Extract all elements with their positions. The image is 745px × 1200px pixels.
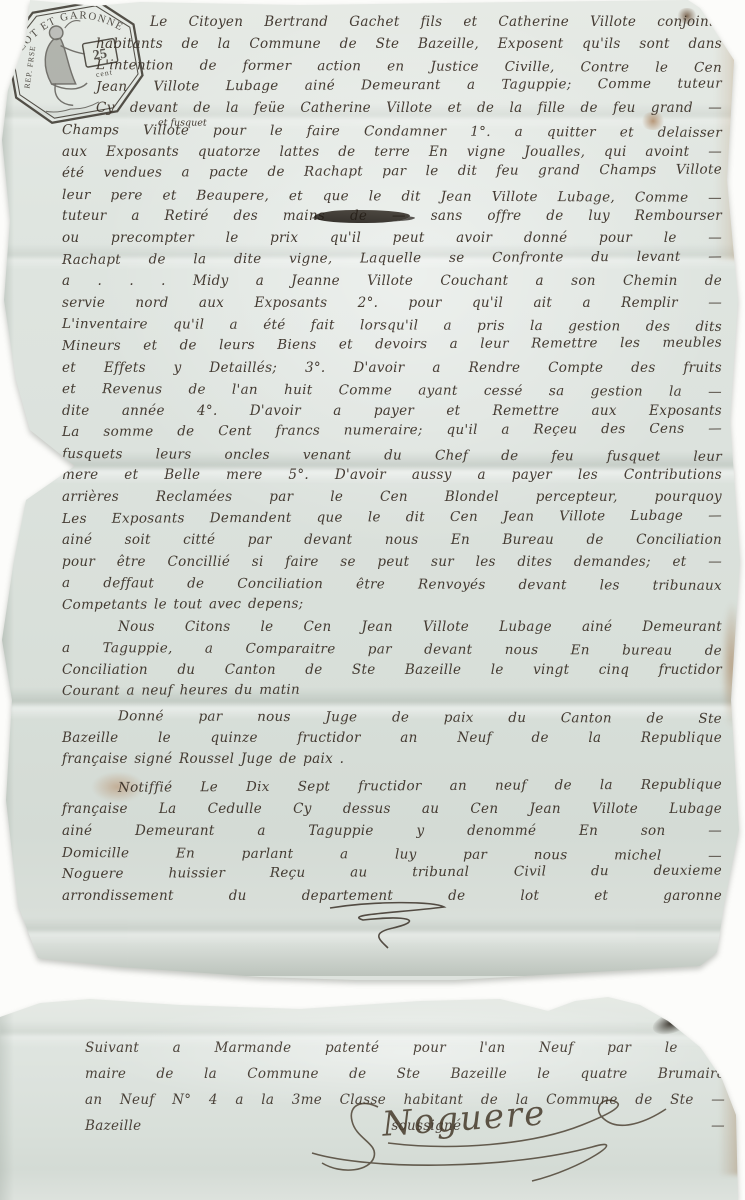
manuscript-line: maire de la Commune de Ste Bazeille le q… [85,1061,725,1087]
manuscript-line: a . . . Midy a Jeanne Villote Couchant a… [62,271,722,293]
manuscript-line: mere et Belle mere 5°. D'avoir aussy a p… [62,465,722,487]
manuscript-line: Nous Citons le Cen Jean Villote Lubage a… [62,617,722,639]
manuscript-line: été vendues a pacte de Rachapt par le di… [62,160,722,185]
manuscript-line: Notiffié Le Dix Sept fructidor an neuf d… [62,774,722,799]
manuscript-line: et Effets y Detaillés; 3°. D'avoir a Ren… [62,358,722,380]
manuscript-line: ainé Demeurant a Taguppie y denommé En s… [62,821,722,843]
manuscript-line: française La Cedulle Cy dessus au Cen Je… [62,799,722,821]
manuscript-line: habitants de la Commune de Ste Bazeille,… [62,34,722,56]
manuscript-text: Le Citoyen Bertrand Gachet fils et Cathe… [62,12,722,907]
interlinear-insertion: et fusquet [158,112,207,134]
manuscript-line: Bazeille le quinze fructidor an Neuf de … [62,728,722,750]
manuscript-line: Rachapt de la dite vigne, Laquelle se Co… [62,246,722,271]
signature-block: Noguere [282,1091,712,1191]
scanned-document: LOT ET GARONNE REP. FRSE 25 cent [0,0,745,1200]
manuscript-line: Noguere huissier Reçu au tribunal Civil … [62,861,722,886]
manuscript-line: pour être Concillié si faire se peut sur… [62,552,722,574]
manuscript-line: Suivant a Marmande patenté pour l'an Neu… [85,1035,725,1061]
manuscript-line: Le Citoyen Bertrand Gachet fils et Cathe… [62,12,722,34]
manuscript-line: Jean Villote Lubage ainé Demeurant a Tag… [62,73,722,98]
torn-edge-shading [0,0,14,980]
page-2-shadow: Suivant a Marmande patenté pour l'an Neu… [0,995,745,1200]
manuscript-line: Les Exposants Demandent que le dit Cen J… [62,505,722,530]
closing-flourish [318,898,458,954]
manuscript-line: servie nord aux Exposants 2°. pour qu'il… [62,293,722,315]
ink-blot [650,1007,694,1038]
manuscript-line: ainé soit citté par devant nous En Burea… [62,530,722,552]
manuscript-line: Competants le tout avec depens; [62,592,722,617]
ink-scribble [314,210,410,223]
foxing-stain [721,600,743,730]
page-1: LOT ET GARONNE REP. FRSE 25 cent [0,0,745,980]
manuscript-line: française signé Roussel Juge de paix . [62,749,722,771]
torn-edge-shading [0,995,14,1200]
page-1-shadow: LOT ET GARONNE REP. FRSE 25 cent [0,0,745,980]
page-2: Suivant a Marmande patenté pour l'an Neu… [0,995,745,1200]
manuscript-line: La somme de Cent francs numeraire; qu'il… [62,419,722,444]
manuscript-line: Mineurs et de leurs Biens et devoirs a l… [62,332,722,357]
manuscript-line: Courant a neuf heures du matin [62,678,722,703]
